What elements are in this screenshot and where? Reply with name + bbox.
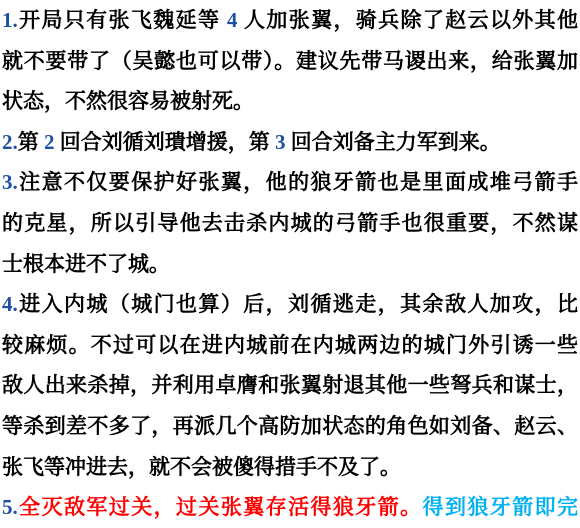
body-text: 回合刘循刘璝增援，第 [55,130,276,154]
text-line: 士根本进不了城。 [2,244,578,285]
body-text: 人加张翼，骑兵除了赵云以外其他 [237,8,578,32]
text-line: 敌人出来杀掉，并利用卓膺和张翼射退其他一些弩兵和谋士， [2,365,578,406]
text-line: 的克星，所以引导他去击杀内城的弓箭手也很重要，不然谋 [2,203,578,244]
text-line: 4.进入内城（城门也算）后，刘循逃走，其余敌人加攻，比 [2,284,578,325]
list-number: 3. [2,170,18,194]
text-line: 5.全灭敌军过关，过关张翼存活得狼牙箭。得到狼牙箭即完 [2,487,578,528]
text-body: 1.开局只有张飞魏延等 4 人加张翼，骑兵除了赵云以外其他就不要带了（吴懿也可以… [2,0,578,528]
body-text: 士根本进不了城。 [2,252,170,276]
list-number: 4 [227,8,238,32]
body-text: 注意不仅要保护好张翼，他的狼牙箭也是里面成堆弓箭手 [18,170,578,194]
body-text: 进入内城（城门也算）后，刘循逃走，其余敌人加攻，比 [18,292,578,316]
body-text: 张飞等冲进去，就不会被傻得措手不及了。 [2,455,401,479]
list-number: 4. [2,292,18,316]
text-line: 2.第 2 回合刘循刘璝增援，第 3 回合刘备主力军到来。 [2,122,578,163]
text-line: 张飞等冲进去，就不会被傻得措手不及了。 [2,447,578,488]
text-line: 状态，不然很容易被射死。 [2,81,578,122]
body-text: 的克星，所以引导他去击杀内城的弓箭手也很重要，不然谋 [2,211,578,235]
list-number: 1. [2,8,18,32]
list-number: 2 [44,130,55,154]
body-text: 第 [18,130,44,154]
text-line: 较麻烦。不过可以在进内城前在内城两边的城门外引诱一些 [2,325,578,366]
body-text: 开局只有张飞魏延等 [18,8,227,32]
body-text: 敌人出来杀掉，并利用卓膺和张翼射退其他一些弩兵和谋士， [2,373,578,397]
text-line: 就不要带了（吴懿也可以带）。建议先带马谡出来，给张翼加 [2,41,578,82]
text-line: 3.注意不仅要保护好张翼，他的狼牙箭也是里面成堆弓箭手 [2,162,578,203]
strategy-guide-document: 1.开局只有张飞魏延等 4 人加张翼，骑兵除了赵云以外其他就不要带了（吴懿也可以… [0,0,580,528]
list-number: 5. [2,495,18,519]
text-line: 等杀到差不多了，再派几个高防加状态的角色如刘备、赵云、 [2,406,578,447]
body-text: 较麻烦。不过可以在进内城前在内城两边的城门外引诱一些 [2,333,578,357]
body-text: 状态，不然很容易被射死。 [2,89,254,113]
cyan-highlight-text: 得到狼牙箭即完 [423,495,578,519]
list-number: 2. [2,130,18,154]
list-number: 3 [275,130,286,154]
red-highlight-text: 全灭敌军过关，过关张翼存活得狼牙箭。 [18,495,423,519]
body-text: 就不要带了（吴懿也可以带）。建议先带马谡出来，给张翼加 [2,49,578,73]
body-text: 回合刘备主力军到来。 [286,130,501,154]
body-text: 等杀到差不多了，再派几个高防加状态的角色如刘备、赵云、 [2,414,578,438]
text-line: 1.开局只有张飞魏延等 4 人加张翼，骑兵除了赵云以外其他 [2,0,578,41]
